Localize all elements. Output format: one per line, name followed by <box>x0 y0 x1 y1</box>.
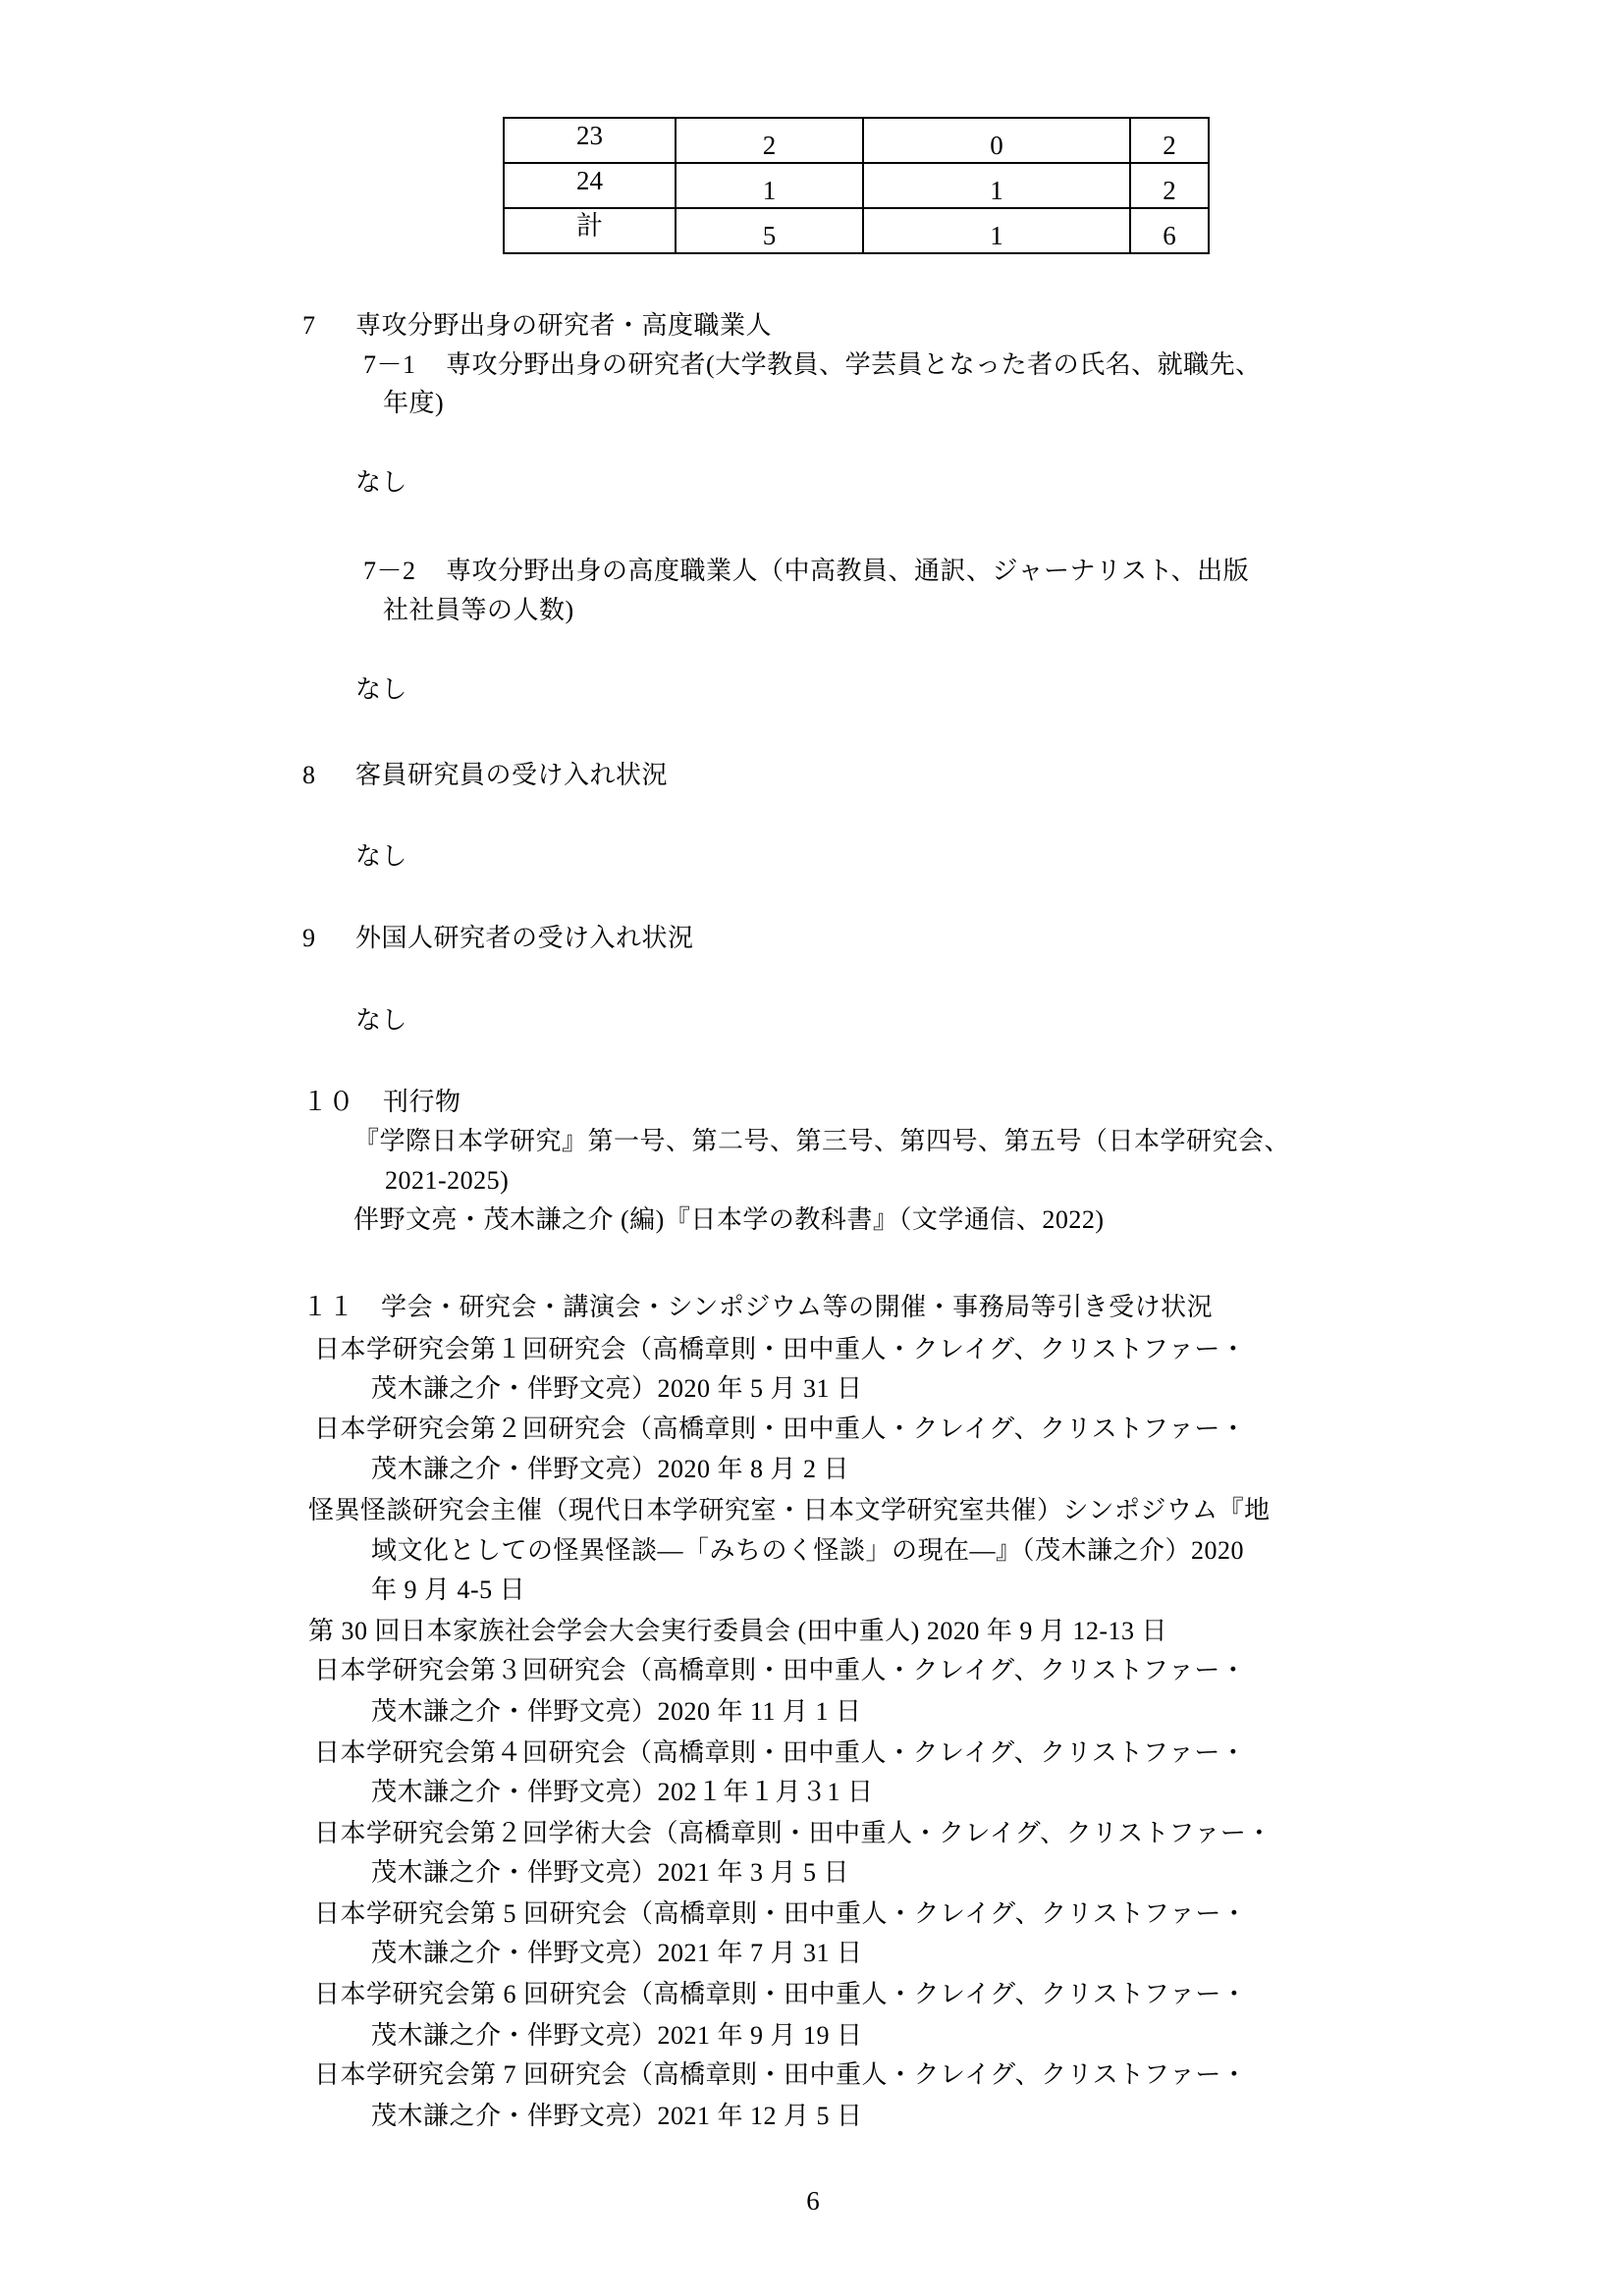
subsection-title-cont: 社社員等の人数) <box>383 596 574 624</box>
event-item: 日本学研究会第 6 回研究会（高橋章則・田中重人・クレイグ、クリストファー・ <box>314 1975 1247 2014</box>
section-8-heading: 8客員研究員の受け入れ状況 <box>302 756 668 795</box>
publication-item: 伴野文亮・茂木謙之介 (編)『日本学の教科書』（文学通信、2022) <box>353 1201 1104 1240</box>
section-7-2-heading: 7－2専攻分野出身の高度職業人（中高教員、通訳、ジャーナリスト、出版 <box>363 552 1249 591</box>
event-item: 日本学研究会第 7 回研究会（高橋章則・田中重人・クレイグ、クリストファー・ <box>314 2056 1247 2095</box>
section-title: 学会・研究会・講演会・シンポジウム等の開催・事務局等引き受け状況 <box>381 1293 1213 1321</box>
table-cell-total: 6 <box>1130 208 1209 253</box>
table-cell: 1 <box>863 163 1130 208</box>
event-item: 日本学研究会第 5 回研究会（高橋章則・田中重人・クレイグ、クリストファー・ <box>314 1895 1247 1934</box>
section-number: 8 <box>302 756 355 795</box>
event-item: 日本学研究会第３回研究会（高橋章則・田中重人・クレイグ、クリストファー・ <box>314 1651 1246 1690</box>
event-item: 怪異怪談研究会主催（現代日本学研究室・日本文学研究室共催）シンポジウム『地 <box>308 1491 1271 1530</box>
section-7-2-body: なし <box>355 670 407 710</box>
section-11-heading: １１学会・研究会・講演会・シンポジウム等の開催・事務局等引き受け状況 <box>302 1288 1213 1327</box>
table-cell: 0 <box>863 118 1130 163</box>
event-item-cont: 茂木謙之介・伴野文亮）2021 年 3 月 5 日 <box>371 1853 849 1893</box>
section-10-heading: １０刊行物 <box>302 1083 461 1122</box>
event-item: 日本学研究会第２回学術大会（高橋章則・田中重人・クレイグ、クリストファー・ <box>314 1814 1272 1853</box>
page-number: 6 <box>803 2181 823 2220</box>
table-cell: 1 <box>676 163 863 208</box>
table-row: 23 2 0 2 <box>504 118 1209 163</box>
table-cell-year: 23 <box>504 118 676 163</box>
event-item-cont: 茂木謙之介・伴野文亮）2020 年 5 月 31 日 <box>371 1369 863 1409</box>
table-cell-total: 2 <box>1130 118 1209 163</box>
table-cell-year: 24 <box>504 163 676 208</box>
section-title: 刊行物 <box>383 1088 461 1116</box>
publication-item: 『学際日本学研究』第一号、第二号、第三号、第四号、第五号（日本学研究会、 <box>353 1122 1290 1161</box>
subsection-title: 専攻分野出身の研究者(大学教員、学芸員となった者の氏名、就職先、 <box>446 350 1262 379</box>
event-item: 日本学研究会第２回研究会（高橋章則・田中重人・クレイグ、クリストファー・ <box>314 1410 1246 1449</box>
stats-table: 23 2 0 2 24 1 1 2 計 5 1 6 <box>503 117 1210 254</box>
event-item-cont: 茂木謙之介・伴野文亮）2020 年 11 月 1 日 <box>371 1692 862 1732</box>
table-cell: 5 <box>676 208 863 253</box>
section-7-heading: 7専攻分野出身の研究者・高度職業人 <box>302 306 772 346</box>
event-item: 日本学研究会第１回研究会（高橋章則・田中重人・クレイグ、クリストファー・ <box>314 1330 1246 1369</box>
section-number: 7 <box>302 306 355 346</box>
subsection-title-cont: 年度) <box>383 389 444 417</box>
document-page: 23 2 0 2 24 1 1 2 計 5 1 6 7専攻分野出身の研究者・高度… <box>0 0 1624 2296</box>
table-cell: 2 <box>676 118 863 163</box>
section-number: １１ <box>302 1288 381 1327</box>
section-number: １０ <box>302 1083 383 1122</box>
section-title: 客員研究員の受け入れ状況 <box>355 761 668 789</box>
table-cell: 1 <box>863 208 1130 253</box>
section-7-2-heading-cont: 社社員等の人数) <box>383 591 574 630</box>
publication-item-cont: 2021-2025) <box>385 1161 509 1201</box>
section-7-1-heading: 7－1専攻分野出身の研究者(大学教員、学芸員となった者の氏名、就職先、 <box>363 346 1262 385</box>
subsection-title: 専攻分野出身の高度職業人（中高教員、通訳、ジャーナリスト、出版 <box>446 557 1249 585</box>
event-item-cont: 茂木謙之介・伴野文亮）2021 年 7 月 31 日 <box>371 1934 863 1973</box>
subsection-number: 7－2 <box>363 552 446 591</box>
section-7-1-body: なし <box>355 463 407 503</box>
event-item-cont: 茂木謙之介・伴野文亮）2020 年 8 月 2 日 <box>371 1450 849 1489</box>
event-item-cont: 茂木謙之介・伴野文亮）2021 年 9 月 19 日 <box>371 2016 863 2056</box>
subsection-number: 7－1 <box>363 346 446 385</box>
section-9-body: なし <box>355 1001 407 1041</box>
event-item-cont: 茂木謙之介・伴野文亮）202１年１月３1 日 <box>371 1773 874 1812</box>
table-row-total: 計 5 1 6 <box>504 208 1209 253</box>
section-title: 外国人研究者の受け入れ状況 <box>355 924 694 952</box>
table-cell-year: 計 <box>504 208 676 253</box>
event-item: 第 30 回日本家族社会学会大会実行委員会 (田中重人) 2020 年 9 月 … <box>308 1612 1167 1651</box>
table-row: 24 1 1 2 <box>504 163 1209 208</box>
event-item: 日本学研究会第４回研究会（高橋章則・田中重人・クレイグ、クリストファー・ <box>314 1734 1246 1773</box>
event-item-cont: 域文化としての怪異怪談―「みちのく怪談」の現在―』（茂木謙之介）2020 <box>371 1531 1244 1571</box>
section-9-heading: 9外国人研究者の受け入れ状況 <box>302 919 694 958</box>
table-cell-total: 2 <box>1130 163 1209 208</box>
event-item-cont: 年 9 月 4-5 日 <box>371 1571 525 1610</box>
event-item-cont: 茂木謙之介・伴野文亮）2021 年 12 月 5 日 <box>371 2097 863 2136</box>
section-title: 専攻分野出身の研究者・高度職業人 <box>355 311 772 340</box>
section-8-body: なし <box>355 837 407 877</box>
section-7-1-heading-cont: 年度) <box>383 384 444 423</box>
section-number: 9 <box>302 919 355 958</box>
